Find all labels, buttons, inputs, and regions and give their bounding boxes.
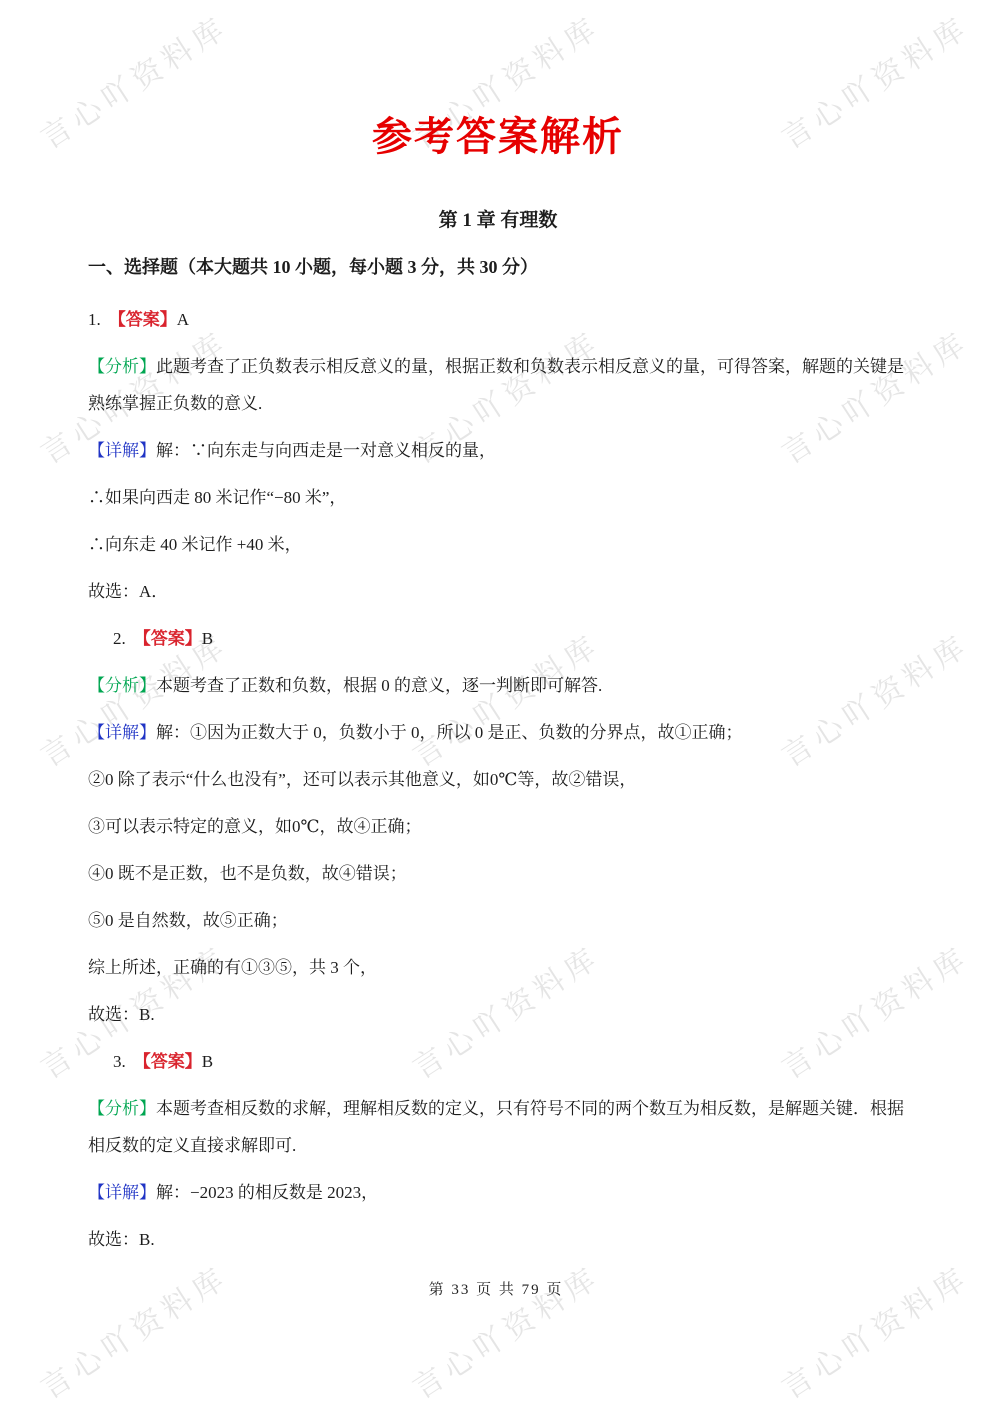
question-number: 2. — [113, 629, 126, 648]
q2-solution-line: ④0 既不是正数，也不是负数，故④错误； — [88, 855, 908, 892]
page-title: 参考答案解析 — [88, 112, 908, 162]
question-number: 3. — [113, 1052, 126, 1071]
q1-solution-line: ∴如果向西走 80 米记作“−80 米”， — [88, 479, 908, 516]
detail-label: 【详解】 — [88, 1183, 156, 1202]
section-heading: 一、选择题（本大题共 10 小题，每小题 3 分，共 30 分） — [88, 254, 908, 280]
solution-text: ∴向东走 40 米记作 +40 米， — [88, 535, 302, 554]
q2-analysis-paragraph: 【分析】本题考查了正数和负数，根据 0 的意义，逐一判断即可解答. — [88, 667, 908, 704]
q3-conclusion-line: 故选：B. — [88, 1221, 908, 1258]
q2-solution-line: ②0 除了表示“什么也没有”，还可以表示其他意义，如0℃等，故②错误， — [88, 761, 908, 798]
q2-detail-paragraph: 【详解】解：①因为正数大于 0，负数小于 0，所以 0 是正、负数的分界点，故①… — [88, 714, 908, 751]
q2-solution-line: ③可以表示特定的意义，如0℃，故④正确； — [88, 808, 908, 845]
q1-answer-line: 1.【答案】A — [88, 301, 908, 338]
q2-solution-line: ⑤0 是自然数，故⑤正确； — [88, 902, 908, 939]
solution-text: ∴如果向西走 80 米记作“−80 米”， — [88, 488, 346, 507]
answer-label: 【答案】 — [134, 629, 202, 648]
conclusion-text: 故选：B. — [88, 1230, 155, 1249]
summary-text: 综上所述，正确的有①③⑤，共 3 个， — [88, 958, 377, 977]
detail-label: 【详解】 — [88, 723, 156, 742]
q2-summary-line: 综上所述，正确的有①③⑤，共 3 个， — [88, 949, 908, 986]
watermark-text: 言心吖资料库 — [30, 1253, 235, 1403]
analysis-label: 【分析】 — [88, 357, 156, 376]
answer-value: B — [202, 629, 213, 648]
conclusion-text: 故选：B. — [88, 1005, 155, 1024]
solution-text: ②0 除了表示“什么也没有”，还可以表示其他意义，如0℃等，故②错误， — [88, 770, 636, 789]
detail-text: 解：∵向东走与向西走是一对意义相反的量， — [156, 441, 496, 460]
analysis-text: 本题考查了正数和负数，根据 0 的意义，逐一判断即可解答. — [156, 676, 602, 695]
document-page: 言心吖资料库 言心吖资料库 言心吖资料库 言心吖资料库 言心吖资料库 言心吖资料… — [0, 0, 992, 1403]
detail-label: 【详解】 — [88, 441, 156, 460]
analysis-label: 【分析】 — [88, 1099, 156, 1118]
analysis-text: 此题考查了正负数表示相反意义的量，根据正数和负数表示相反意义的量，可得答案，解题… — [88, 357, 904, 413]
answer-label: 【答案】 — [109, 310, 177, 329]
answer-value: B — [202, 1052, 213, 1071]
q1-solution-line: ∴向东走 40 米记作 +40 米， — [88, 526, 908, 563]
q3-detail-paragraph: 【详解】解：−2023 的相反数是 2023， — [88, 1174, 908, 1211]
q1-detail-paragraph: 【详解】解：∵向东走与向西走是一对意义相反的量， — [88, 432, 908, 469]
q3-answer-line: 3.【答案】B — [88, 1043, 908, 1080]
q2-answer-line: 2.【答案】B — [88, 620, 908, 657]
q1-analysis-paragraph: 【分析】此题考查了正负数表示相反意义的量，根据正数和负数表示相反意义的量，可得答… — [88, 348, 908, 422]
detail-text: 解：−2023 的相反数是 2023， — [156, 1183, 378, 1202]
q3-analysis-paragraph: 【分析】本题考查相反数的求解，理解相反数的定义，只有符号不同的两个数互为相反数，… — [88, 1090, 908, 1164]
conclusion-text: 故选：A． — [88, 582, 168, 601]
page-footer: 第 33 页 共 79 页 — [0, 1278, 992, 1299]
q2-conclusion-line: 故选：B. — [88, 996, 908, 1033]
answer-label: 【答案】 — [134, 1052, 202, 1071]
document-content: 参考答案解析 第 1 章 有理数 一、选择题（本大题共 10 小题，每小题 3 … — [88, 112, 908, 1258]
question-number: 1. — [88, 310, 101, 329]
watermark-text: 言心吖资料库 — [402, 1253, 607, 1403]
solution-text: ⑤0 是自然数，故⑤正确； — [88, 911, 288, 930]
q1-conclusion-line: 故选：A． — [88, 573, 908, 610]
detail-text: 解：①因为正数大于 0，负数小于 0，所以 0 是正、负数的分界点，故①正确； — [156, 723, 743, 742]
analysis-label: 【分析】 — [88, 676, 156, 695]
solution-text: ③可以表示特定的意义，如0℃，故④正确； — [88, 817, 422, 836]
solution-text: ④0 既不是正数，也不是负数，故④错误； — [88, 864, 407, 883]
answer-value: A — [177, 310, 189, 329]
chapter-heading: 第 1 章 有理数 — [88, 208, 908, 234]
analysis-text: 本题考查相反数的求解，理解相反数的定义，只有符号不同的两个数互为相反数，是解题关… — [88, 1099, 904, 1155]
watermark-text: 言心吖资料库 — [771, 1253, 976, 1403]
